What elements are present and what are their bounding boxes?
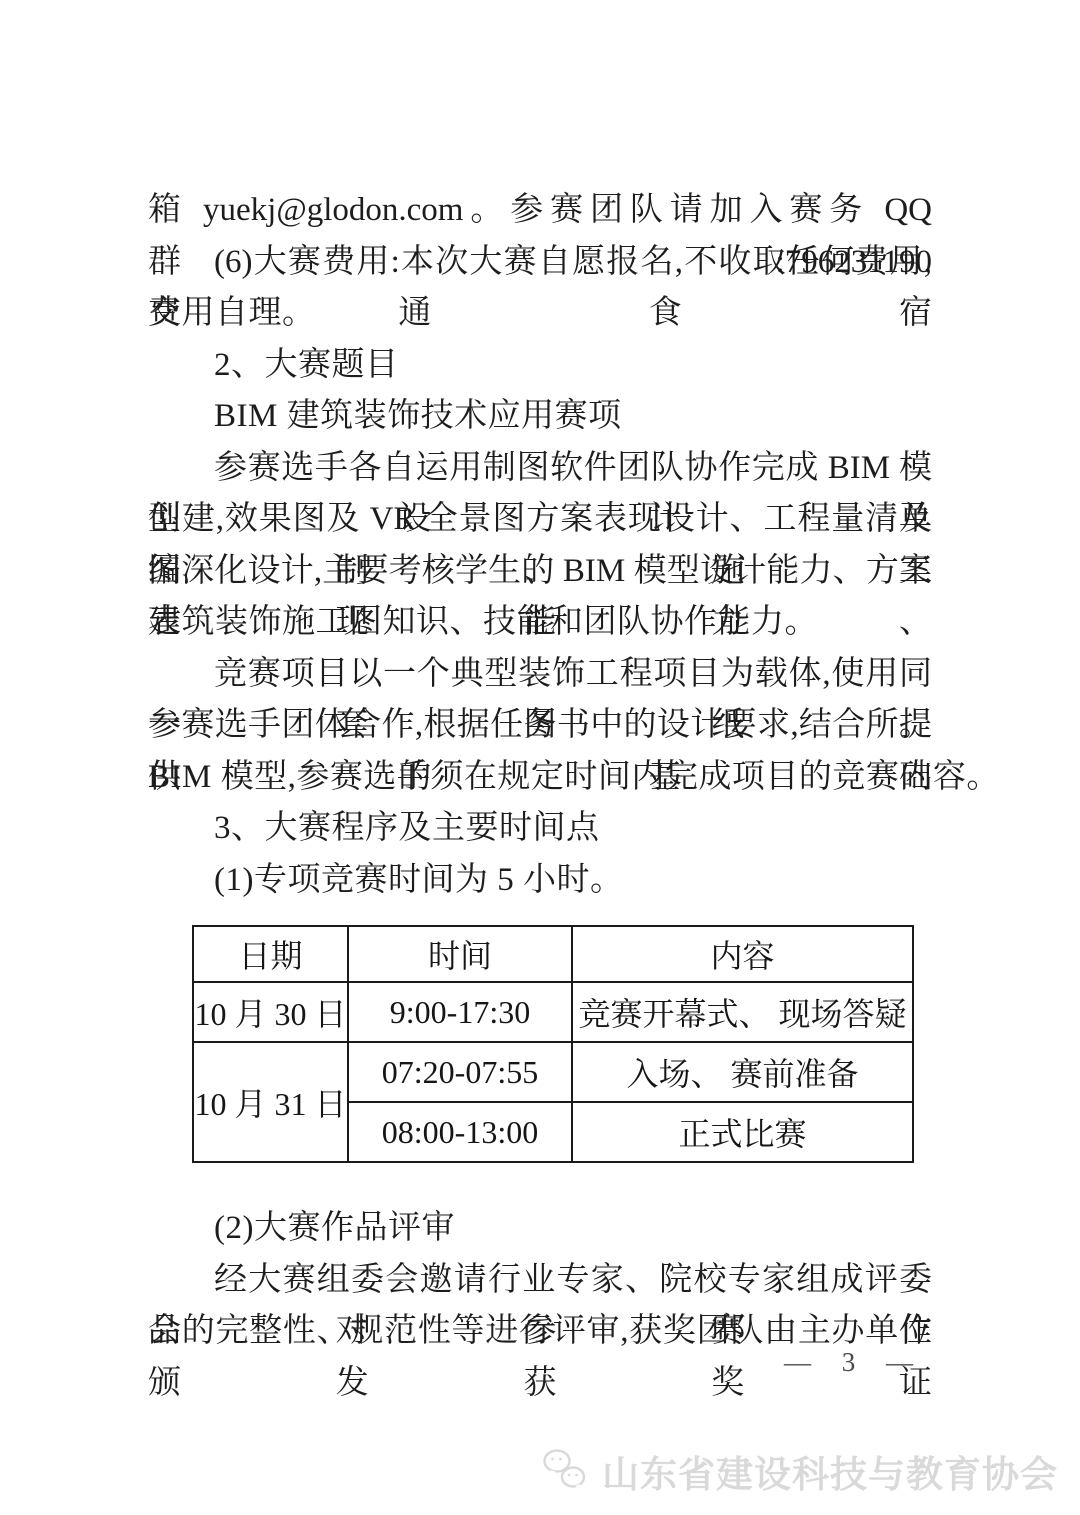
- column-header-content: 内容: [572, 926, 913, 982]
- table-row: 10 月 31 日 07:20-07:55 入场、 赛前准备: [193, 1042, 913, 1102]
- column-header-time: 时间: [348, 926, 572, 982]
- document-body: 箱 yuekj@glodon.com。参赛团队请加入赛务 QQ 群:796231…: [148, 185, 932, 1358]
- text-line: BIM 建筑装饰技术应用赛项: [148, 391, 932, 443]
- text-line: 箱 yuekj@glodon.com。参赛团队请加入赛务 QQ 群:796231…: [148, 185, 932, 237]
- table-row: 10 月 30 日 9:00-17:30 竞赛开幕式、 现场答疑: [193, 982, 913, 1042]
- document-page: 箱 yuekj@glodon.com。参赛团队请加入赛务 QQ 群:796231…: [0, 0, 1080, 1515]
- table-header-row: 日期 时间 内容: [193, 926, 913, 982]
- cell-content: 正式比赛: [572, 1102, 913, 1162]
- text-line: 创建,效果图及 VR 全景图方案表现设计、工程量清单编制、施工: [148, 494, 932, 546]
- text-line: (6)大赛费用:本次大赛自愿报名,不收取任何费用,交通食宿: [148, 237, 932, 289]
- text-line: 建筑装饰施工图知识、技能和团队协作能力。: [148, 597, 932, 649]
- cell-time: 08:00-13:00: [348, 1102, 572, 1162]
- cell-time: 9:00-17:30: [348, 982, 572, 1042]
- wechat-logo-icon: [542, 1448, 592, 1494]
- text-line: 图深化设计,主要考核学生的 BIM 模型设计能力、方案表现能力、: [148, 546, 932, 598]
- section-heading: (2)大赛作品评审: [148, 1203, 932, 1255]
- cell-date: 10 月 31 日: [193, 1042, 348, 1162]
- cell-content: 入场、 赛前准备: [572, 1042, 913, 1102]
- section-heading: 2、大赛题目: [148, 340, 932, 392]
- text-line: BIM 模型,参赛选手须在规定时间内完成项目的竞赛内容。: [148, 752, 932, 804]
- text-line: 参赛选手各自运用制图软件团队协作完成 BIM 模型设计及: [148, 443, 932, 495]
- text-line: 参赛选手团体合作,根据任务书中的设计要求,结合所提供的基础: [148, 700, 932, 752]
- section-heading: 3、大赛程序及主要时间点: [148, 803, 932, 855]
- text-line: 竞赛项目以一个典型装饰工程项目为载体,使用同一套图纸。: [148, 649, 932, 701]
- text-line: 经大赛组委会邀请行业专家、院校专家组成评委会对参赛作: [148, 1255, 932, 1307]
- watermark: 山东省建设科技与教育协会: [542, 1444, 1058, 1498]
- watermark-text: 山东省建设科技与教育协会: [602, 1444, 1058, 1498]
- text-line: (1)专项竞赛时间为 5 小时。: [148, 855, 932, 907]
- cell-content: 竞赛开幕式、 现场答疑: [572, 982, 913, 1042]
- schedule-table: 日期 时间 内容 10 月 30 日 9:00-17:30 竞赛开幕式、 现场答…: [192, 925, 914, 1163]
- cell-time: 07:20-07:55: [348, 1042, 572, 1102]
- cell-date: 10 月 30 日: [193, 982, 348, 1042]
- column-header-date: 日期: [193, 926, 348, 982]
- page-number: — 3 —: [784, 1347, 914, 1378]
